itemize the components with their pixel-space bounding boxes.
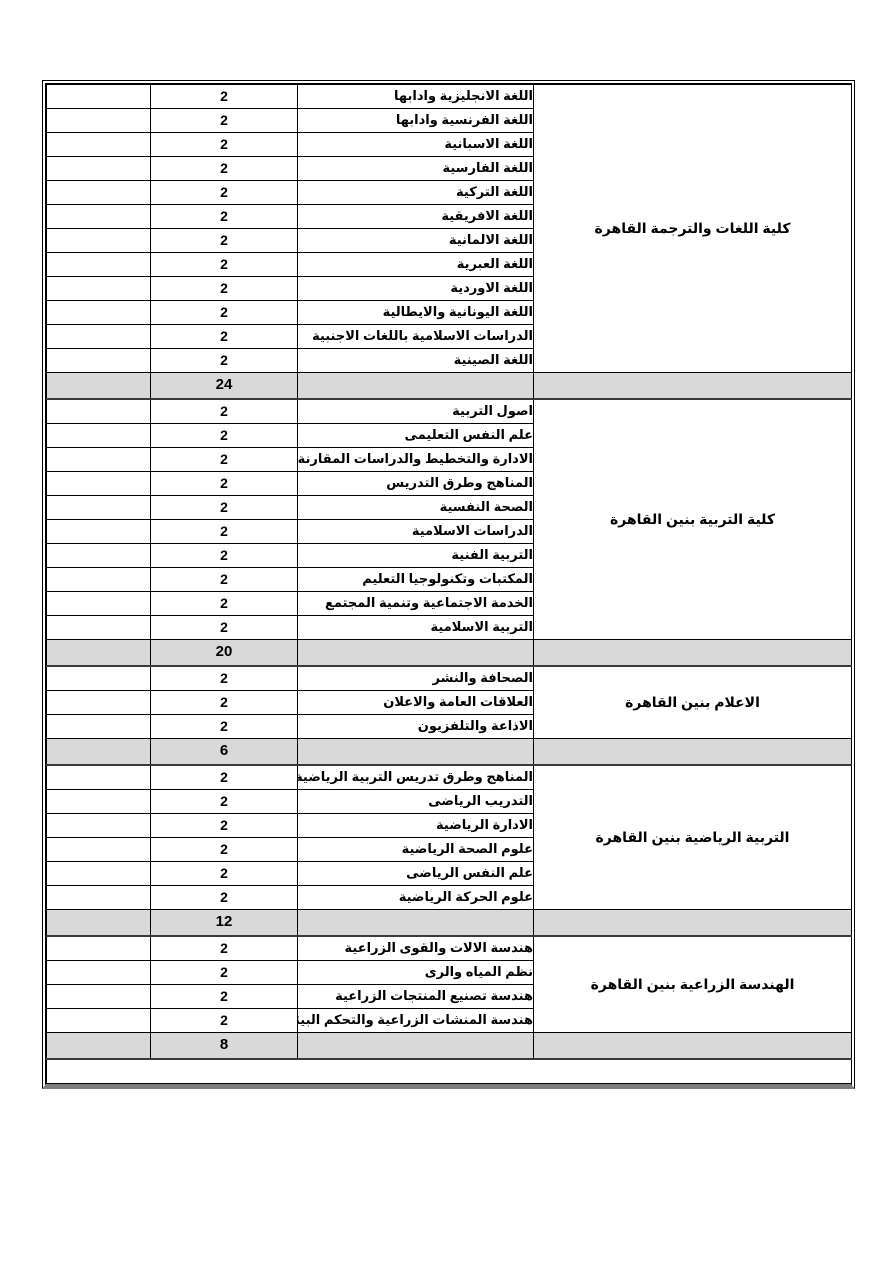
empty-cell <box>47 886 151 910</box>
empty-cell <box>47 765 151 790</box>
total-row: 6 <box>47 739 852 766</box>
empty-cell <box>47 205 151 229</box>
faculty-name-cell: كلية التربية بنين القاهرة <box>534 399 852 640</box>
department-name-cell: اصول التربية <box>298 399 534 424</box>
department-name-cell: الدراسات الاسلامية باللغات الاجنبية <box>298 325 534 349</box>
department-count-cell: 2 <box>151 544 298 568</box>
empty-cell <box>47 229 151 253</box>
department-name-cell: اللغة الالمانية <box>298 229 534 253</box>
department-count-cell: 2 <box>151 838 298 862</box>
department-count-cell: 2 <box>151 229 298 253</box>
total-empty-faculty-cell <box>534 640 852 667</box>
empty-cell <box>47 85 151 109</box>
department-count-cell: 2 <box>151 765 298 790</box>
department-name-cell: اللغة الافريقية <box>298 205 534 229</box>
empty-cell <box>47 715 151 739</box>
empty-cell <box>47 349 151 373</box>
department-name-cell: اللغة الفرنسية وادابها <box>298 109 534 133</box>
total-count-cell: 24 <box>151 373 298 400</box>
department-count-cell: 2 <box>151 592 298 616</box>
empty-cell <box>47 544 151 568</box>
empty-cell <box>47 277 151 301</box>
department-row: كلية التربية بنين القاهرةاصول التربية2 <box>47 399 852 424</box>
total-count-cell: 20 <box>151 640 298 667</box>
department-name-cell: هندسة المنشات الزراعية والتحكم البيئى <box>298 1009 534 1033</box>
empty-cell <box>47 985 151 1009</box>
empty-cell <box>47 961 151 985</box>
department-count-cell: 2 <box>151 961 298 985</box>
empty-cell <box>47 373 151 400</box>
department-count-cell: 2 <box>151 157 298 181</box>
department-name-cell: هندسة الالات والقوى الزراعية <box>298 936 534 961</box>
empty-cell <box>47 936 151 961</box>
department-count-cell: 2 <box>151 349 298 373</box>
empty-cell <box>47 910 151 937</box>
department-count-cell: 2 <box>151 616 298 640</box>
department-name-cell: الخدمة الاجتماعية وتنمية المجتمع <box>298 592 534 616</box>
department-name-cell: العلاقات العامة والاعلان <box>298 691 534 715</box>
department-count-cell: 2 <box>151 277 298 301</box>
empty-cell <box>47 790 151 814</box>
department-name-cell: اللغة اليونانية والايطالية <box>298 301 534 325</box>
department-count-cell: 2 <box>151 496 298 520</box>
department-name-cell: اللغة الاسبانية <box>298 133 534 157</box>
total-empty-department-cell <box>298 739 534 766</box>
department-name-cell: التربية الاسلامية <box>298 616 534 640</box>
faculty-name-cell: الاعلام بنين القاهرة <box>534 666 852 739</box>
department-name-cell: اللغة الاوردية <box>298 277 534 301</box>
total-count-cell: 12 <box>151 910 298 937</box>
empty-cell <box>47 301 151 325</box>
department-name-cell: الاذاعة والتلفزيون <box>298 715 534 739</box>
department-name-cell: المناهج وطرق التدريس <box>298 472 534 496</box>
department-name-cell: اللغة العبرية <box>298 253 534 277</box>
empty-cell <box>47 640 151 667</box>
department-row: التربية الرياضية بنين القاهرةالمناهج وطر… <box>47 765 852 790</box>
department-count-cell: 2 <box>151 301 298 325</box>
department-name-cell: التربية الفنية <box>298 544 534 568</box>
faculty-name-cell: الهندسة الزراعية بنين القاهرة <box>534 936 852 1033</box>
department-count-cell: 2 <box>151 790 298 814</box>
empty-cell <box>47 691 151 715</box>
empty-cell <box>47 399 151 424</box>
total-empty-department-cell <box>298 640 534 667</box>
total-row: 12 <box>47 910 852 937</box>
total-count-cell: 6 <box>151 739 298 766</box>
total-empty-department-cell <box>298 373 534 400</box>
department-name-cell: الصحافة والنشر <box>298 666 534 691</box>
empty-cell <box>47 325 151 349</box>
total-row: 20 <box>47 640 852 667</box>
faculties-departments-table: كلية اللغات والترجمة القاهرةاللغة الانجل… <box>46 84 852 1084</box>
department-count-cell: 2 <box>151 715 298 739</box>
total-row: 24 <box>47 373 852 400</box>
department-name-cell: الصحة النفسية <box>298 496 534 520</box>
empty-cell <box>47 592 151 616</box>
department-name-cell: علوم الحركة الرياضية <box>298 886 534 910</box>
department-name-cell: نظم المياه والرى <box>298 961 534 985</box>
department-count-cell: 2 <box>151 325 298 349</box>
faculty-name-cell: كلية اللغات والترجمة القاهرة <box>534 85 852 373</box>
empty-cell <box>47 814 151 838</box>
total-empty-faculty-cell <box>534 373 852 400</box>
department-count-cell: 2 <box>151 666 298 691</box>
empty-cell <box>47 496 151 520</box>
department-row: الاعلام بنين القاهرةالصحافة والنشر2 <box>47 666 852 691</box>
department-name-cell: الدراسات الاسلامية <box>298 520 534 544</box>
department-count-cell: 2 <box>151 448 298 472</box>
department-row: كلية اللغات والترجمة القاهرةاللغة الانجل… <box>47 85 852 109</box>
document-page: كلية اللغات والترجمة القاهرةاللغة الانجل… <box>0 0 893 1263</box>
department-count-cell: 2 <box>151 1009 298 1033</box>
department-name-cell: الادارة والتخطيط والدراسات المقارنة <box>298 448 534 472</box>
department-count-cell: 2 <box>151 985 298 1009</box>
empty-cell <box>47 1033 151 1060</box>
empty-cell <box>47 1009 151 1033</box>
empty-cell <box>47 666 151 691</box>
empty-cell <box>47 472 151 496</box>
department-count-cell: 2 <box>151 936 298 961</box>
department-count-cell: 2 <box>151 399 298 424</box>
department-name-cell: الادارة الرياضية <box>298 814 534 838</box>
department-count-cell: 2 <box>151 85 298 109</box>
department-name-cell: المكتبات وتكنولوجيا التعليم <box>298 568 534 592</box>
department-count-cell: 2 <box>151 691 298 715</box>
table-body: كلية اللغات والترجمة القاهرةاللغة الانجل… <box>47 85 852 1084</box>
empty-cell <box>47 109 151 133</box>
empty-cell <box>47 568 151 592</box>
bottom-empty-row <box>47 1059 852 1084</box>
total-empty-faculty-cell <box>534 910 852 937</box>
total-empty-faculty-cell <box>534 1033 852 1060</box>
empty-cell <box>47 448 151 472</box>
department-name-cell: هندسة تصنيع المنتجات الزراعية <box>298 985 534 1009</box>
department-count-cell: 2 <box>151 133 298 157</box>
empty-cell <box>47 616 151 640</box>
department-name-cell: التدريب الرياضى <box>298 790 534 814</box>
empty-cell <box>47 838 151 862</box>
empty-cell <box>47 181 151 205</box>
empty-cell <box>47 133 151 157</box>
bottom-empty-cell <box>47 1059 852 1084</box>
department-count-cell: 2 <box>151 520 298 544</box>
empty-cell <box>47 520 151 544</box>
empty-cell <box>47 739 151 766</box>
department-name-cell: اللغة الصينية <box>298 349 534 373</box>
empty-cell <box>47 157 151 181</box>
department-count-cell: 2 <box>151 472 298 496</box>
empty-cell <box>47 862 151 886</box>
department-count-cell: 2 <box>151 568 298 592</box>
total-count-cell: 8 <box>151 1033 298 1060</box>
department-name-cell: علم النفس الرياضى <box>298 862 534 886</box>
faculty-name-cell: التربية الرياضية بنين القاهرة <box>534 765 852 910</box>
department-count-cell: 2 <box>151 253 298 277</box>
faculties-table-frame: كلية اللغات والترجمة القاهرةاللغة الانجل… <box>42 80 855 1089</box>
empty-cell <box>47 424 151 448</box>
department-count-cell: 2 <box>151 181 298 205</box>
department-name-cell: اللغة الانجليزية وادابها <box>298 85 534 109</box>
empty-cell <box>47 253 151 277</box>
department-name-cell: علم النفس التعليمى <box>298 424 534 448</box>
total-empty-faculty-cell <box>534 739 852 766</box>
total-empty-department-cell <box>298 1033 534 1060</box>
department-count-cell: 2 <box>151 424 298 448</box>
department-count-cell: 2 <box>151 862 298 886</box>
department-name-cell: المناهج وطرق تدريس التربية الرياضية <box>298 765 534 790</box>
department-count-cell: 2 <box>151 109 298 133</box>
department-name-cell: اللغة الفارسية <box>298 157 534 181</box>
department-count-cell: 2 <box>151 205 298 229</box>
department-name-cell: علوم الصحة الرياضية <box>298 838 534 862</box>
department-row: الهندسة الزراعية بنين القاهرةهندسة الالا… <box>47 936 852 961</box>
department-name-cell: اللغة التركية <box>298 181 534 205</box>
total-row: 8 <box>47 1033 852 1060</box>
total-empty-department-cell <box>298 910 534 937</box>
department-count-cell: 2 <box>151 814 298 838</box>
department-count-cell: 2 <box>151 886 298 910</box>
